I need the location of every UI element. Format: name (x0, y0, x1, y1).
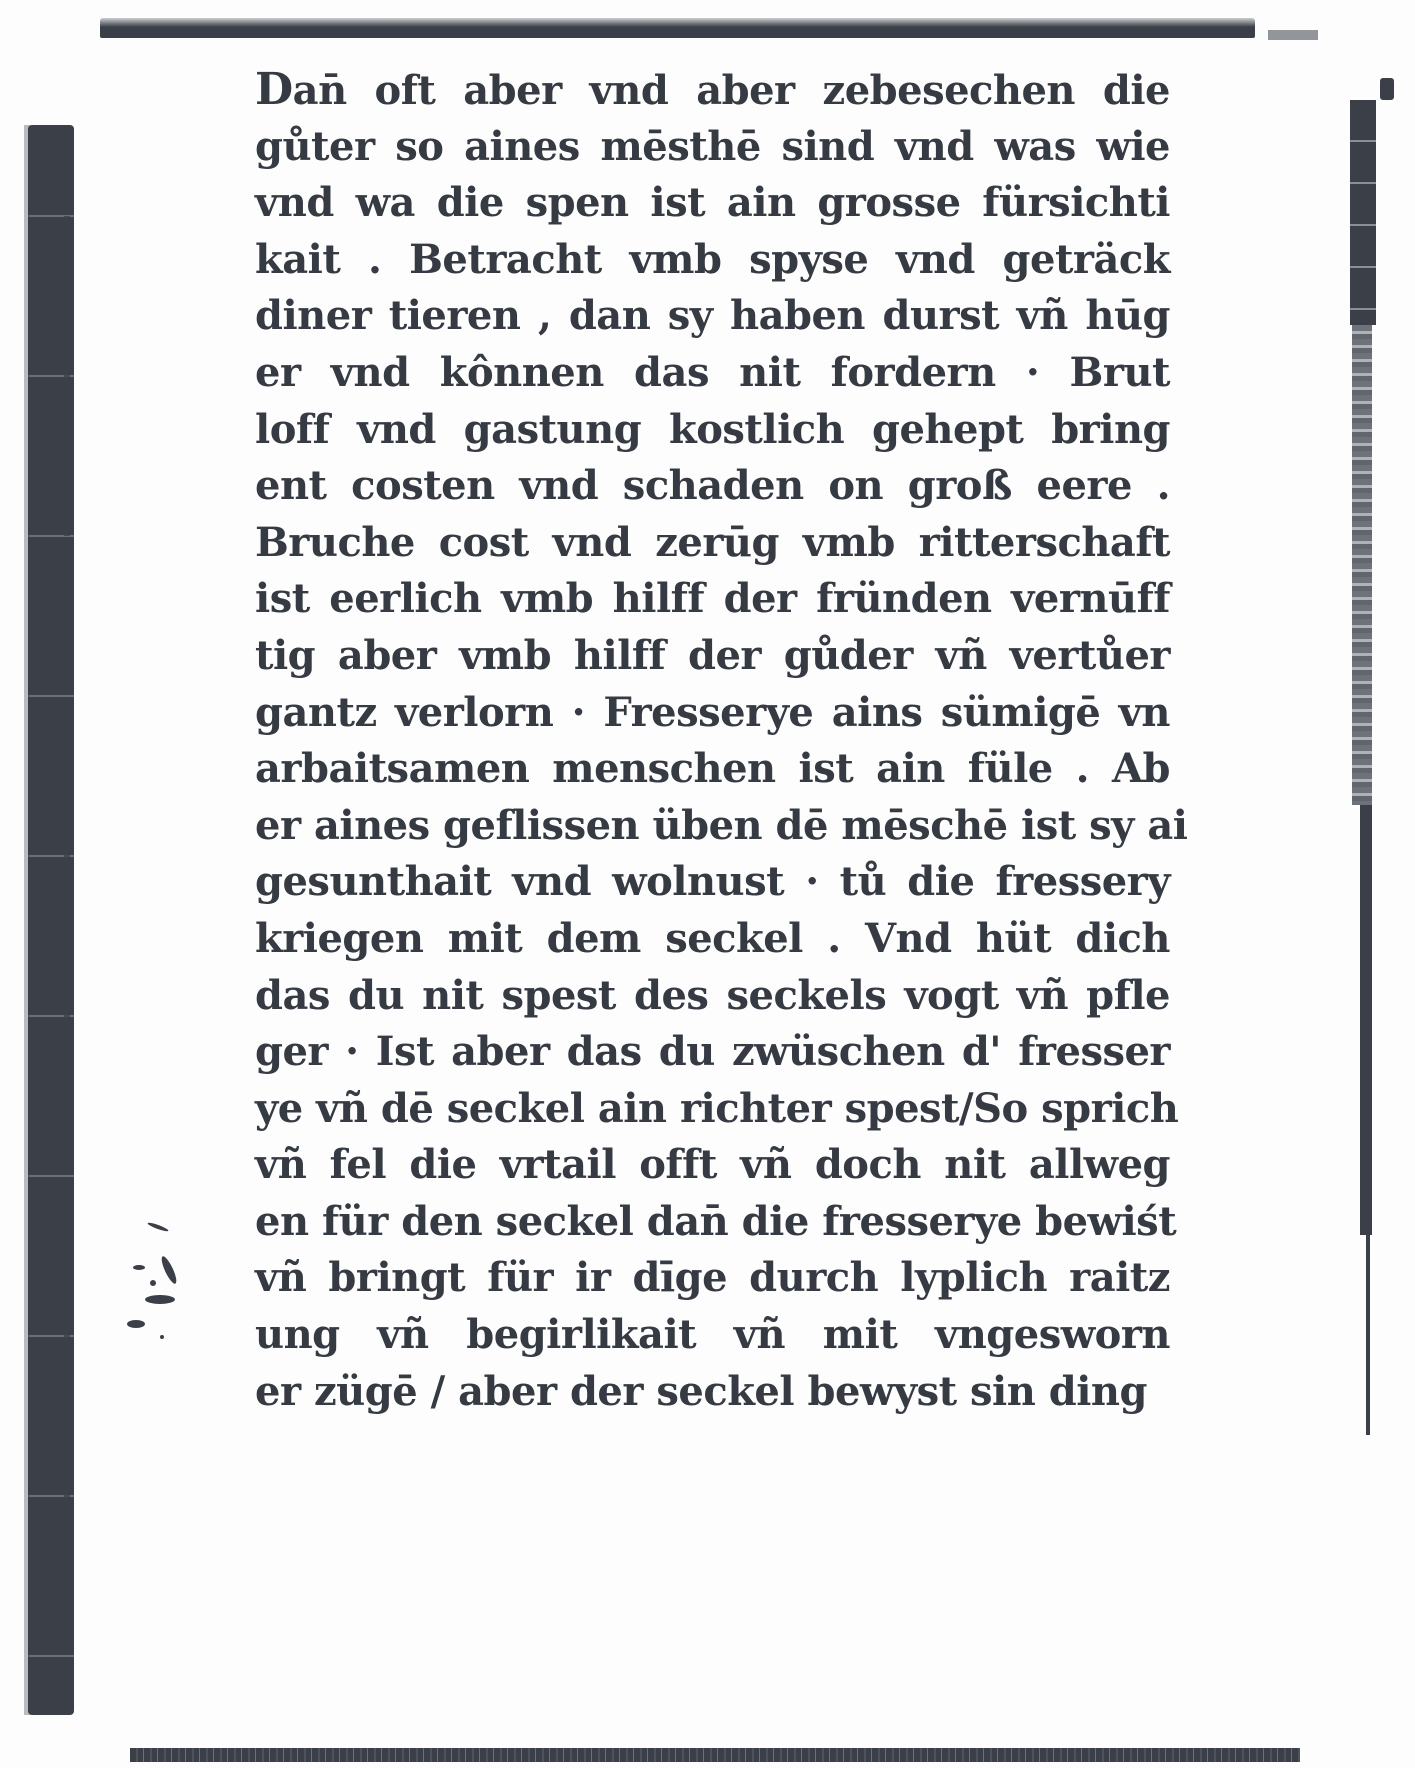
margin-ink-smudge (125, 1225, 205, 1365)
text-line: ger · Ist aber das du zwüschen d' fresse… (255, 1024, 1170, 1081)
text-line: das du nit spest des seckels vogt vñ pfl… (255, 968, 1170, 1025)
right-border-ornament (1380, 78, 1394, 100)
body-text: Dan̄ oft aber vnd aber zebesechen die gů… (255, 62, 1170, 1420)
text-line: arbaitsamen menschen ist ain füle . Ab (255, 741, 1170, 798)
bottom-border-rule (130, 1748, 1300, 1762)
text-line: gantz verlorn · Fresserye ains sümigē vn (255, 685, 1170, 742)
top-border-fragment (1268, 30, 1318, 40)
text-line: ist eerlich vmb hilff der fründen vernūf… (255, 571, 1170, 628)
text-line: er vnd kônnen das nit fordern · Brut (255, 345, 1170, 402)
right-border-rule-bottom (1360, 805, 1372, 1235)
right-border-rule-top (1350, 100, 1376, 325)
text-line: tig aber vmb hilff der gůder vñ vertůer (255, 628, 1170, 685)
scanned-page: Dan̄ oft aber vnd aber zebesechen die gů… (0, 0, 1415, 1768)
text-line: ent costen vnd schaden on groß eere . (255, 458, 1170, 515)
text-line: ye vñ dē seckel ain richter spest/So spr… (255, 1081, 1170, 1138)
right-border-stem (1366, 1235, 1370, 1435)
text-line: Bruche cost vnd zerūg vmb ritterschaft (255, 515, 1170, 572)
left-dotted-rule (64, 125, 70, 1605)
text-line: Dan̄ oft aber vnd aber zebesechen die (255, 62, 1170, 119)
text-line: gesunthait vnd wolnust · tů die fressery (255, 854, 1170, 911)
text-line: vñ fel die vrtail offt vñ doch nit allwe… (255, 1137, 1170, 1194)
left-edge-shadow (24, 125, 30, 1715)
text-line: kriegen mit dem seckel . Vnd hüt dich (255, 911, 1170, 968)
text-line: en für den seckel dan̄ die fresserye bew… (255, 1194, 1170, 1251)
text-line: diner tieren , dan sy haben durst vñ hūg (255, 288, 1170, 345)
text-line: er zügē / aber der seckel bewyst sin din… (255, 1364, 1170, 1421)
text-line: loff vnd gastung kostlich gehept bring (255, 402, 1170, 459)
top-border-rule (100, 18, 1255, 38)
text-line: gůter so aines mēsthē sind vnd was wie (255, 119, 1170, 176)
text-line: er aines geflissen üben dē mēschē ist sy… (255, 798, 1170, 855)
text-line: vnd wa die spen ist ain grosse fürsichti (255, 175, 1170, 232)
text-line: kait . Betracht vmb spyse vnd geträck (255, 232, 1170, 289)
right-border-rule-middle (1352, 325, 1372, 805)
text-line: ung vñ begirlikait vñ mit vngesworn (255, 1307, 1170, 1364)
text-line: vñ bringt für ir dīge durch lyplich rait… (255, 1250, 1170, 1307)
